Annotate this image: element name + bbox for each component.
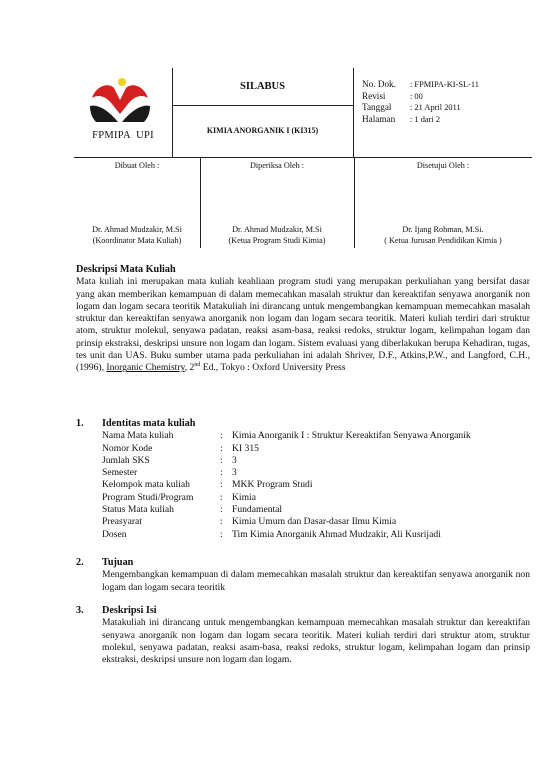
identity-colon: : xyxy=(220,479,232,491)
signature-position: (Koordinator Mata Kuliah) xyxy=(74,235,200,246)
meta-doc-number: No. Dok. : FPMIPA-KI-SL-11 xyxy=(362,79,532,91)
reference-book-title: Inorganic Chemistry xyxy=(106,362,184,373)
meta-key: Halaman xyxy=(362,114,410,126)
meta-value: : 00 xyxy=(410,91,423,103)
identity-value: Kimia xyxy=(232,492,256,504)
section-1-heading: Identitas mata kuliah xyxy=(102,418,532,430)
section-2-text: Mengembangkan kemampuan di dalam memecah… xyxy=(102,569,530,594)
course-title: KIMIA ANORGANIK I (KI315) xyxy=(172,126,353,135)
section-1-number: 1. xyxy=(76,418,84,429)
identity-table: Nama Mata kuliah : Kimia Anorganik I : S… xyxy=(102,430,532,541)
document-title: SILABUS xyxy=(172,81,353,92)
identity-value: MKK Program Studi xyxy=(232,479,312,491)
identity-key: Kelompok mata kuliah xyxy=(102,479,220,491)
header-divider-right xyxy=(353,68,354,157)
identity-value: Kimia Anorganik I : Struktur Kereaktifan… xyxy=(232,430,471,442)
identity-key: Program Studi/Program xyxy=(102,492,220,504)
identity-value: Fundamental xyxy=(232,504,282,516)
section-2-number: 2. xyxy=(76,557,84,568)
identity-row-program: Program Studi/Program : Kimia xyxy=(102,492,532,504)
signature-name: Dr. Ijang Rohman, M.Si. xyxy=(354,224,532,235)
section-3-number: 3. xyxy=(76,605,84,616)
header-bottom-rule xyxy=(74,157,532,158)
signature-name: Dr. Ahmad Mudzakir, M.Si xyxy=(74,224,200,235)
institution-name: FPMIPA UPI xyxy=(78,130,168,141)
signature-role: Disetujui Oleh : xyxy=(354,160,532,171)
identity-row-status: Status Mata kuliah : Fundamental xyxy=(102,504,532,516)
description-text: Mata kuliah ini merupakan mata kuliah ke… xyxy=(76,276,530,374)
document-meta: No. Dok. : FPMIPA-KI-SL-11 Revisi : 00 T… xyxy=(362,79,532,125)
identity-value: 3 xyxy=(232,467,237,479)
identity-row-credits: Jumlah SKS : 3 xyxy=(102,455,532,467)
signature-name: Dr. Ahmad Mudzakir, M.Si xyxy=(200,224,354,235)
identity-key: Semester xyxy=(102,467,220,479)
identity-key: Preasyarat xyxy=(102,516,220,528)
identity-colon: : xyxy=(220,430,232,442)
identity-colon: : xyxy=(220,455,232,467)
signature-role: Diperiksa Oleh : xyxy=(200,160,354,171)
meta-key: Revisi xyxy=(362,91,410,103)
section-identity: Identitas mata kuliah Nama Mata kuliah :… xyxy=(102,418,532,541)
identity-colon: : xyxy=(220,516,232,528)
identity-key: Nama Mata kuliah xyxy=(102,430,220,442)
identity-colon: : xyxy=(220,443,232,455)
identity-colon: : xyxy=(220,467,232,479)
identity-value: Kimia Umum dan Dasar-dasar Ilmu Kimia xyxy=(232,516,396,528)
signature-approved-by: Disetujui Oleh : Dr. Ijang Rohman, M.Si.… xyxy=(354,160,532,248)
identity-row-semester: Semester : 3 xyxy=(102,467,532,479)
identity-colon: : xyxy=(220,504,232,516)
upi-logo xyxy=(88,76,152,126)
signature-position: ( Ketua Jurusan Pendidikan Kimia ) xyxy=(354,235,532,246)
upi-logo-icon xyxy=(88,76,152,126)
signature-created-by: Dibuat Oleh : Dr. Ahmad Mudzakir, M.Si (… xyxy=(74,160,200,248)
identity-row-group: Kelompok mata kuliah : MKK Program Studi xyxy=(102,479,532,491)
meta-value: : 21 April 2011 xyxy=(410,102,461,114)
description-heading: Deskripsi Mata Kuliah xyxy=(76,264,530,276)
section-objective: Tujuan Mengembangkan kemampuan di dalam … xyxy=(102,557,530,594)
identity-key: Status Mata kuliah xyxy=(102,504,220,516)
meta-date: Tanggal : 21 April 2011 xyxy=(362,102,532,114)
section-content-description: Deskripsi Isi Matakuliah ini dirancang u… xyxy=(102,605,530,666)
description-body: Mata kuliah ini merupakan mata kuliah ke… xyxy=(76,276,530,361)
reference-edition: , 2 xyxy=(185,362,195,373)
identity-row-name: Nama Mata kuliah : Kimia Anorganik I : S… xyxy=(102,430,532,442)
signature-role: Dibuat Oleh : xyxy=(74,160,200,171)
meta-key: Tanggal xyxy=(362,102,410,114)
identity-row-code: Nomor Kode : KI 315 xyxy=(102,443,532,455)
signature-position: (Ketua Program Studi Kimia) xyxy=(200,235,354,246)
meta-value: : FPMIPA-KI-SL-11 xyxy=(410,79,479,91)
identity-row-prerequisite: Preasyarat : Kimia Umum dan Dasar-dasar … xyxy=(102,516,532,528)
identity-colon: : xyxy=(220,492,232,504)
course-description: Deskripsi Mata Kuliah Mata kuliah ini me… xyxy=(76,264,530,375)
identity-colon: : xyxy=(220,529,232,541)
section-3-heading: Deskripsi Isi xyxy=(102,605,530,617)
title-divider xyxy=(172,105,353,106)
section-3-text: Matakuliah ini dirancang untuk mengemban… xyxy=(102,617,530,666)
identity-value: Tim Kimia Anorganik Ahmad Mudzakir, Ali … xyxy=(232,529,441,541)
signature-checked-by: Diperiksa Oleh : Dr. Ahmad Mudzakir, M.S… xyxy=(200,160,354,248)
identity-key: Dosen xyxy=(102,529,220,541)
meta-value: : 1 dari 2 xyxy=(410,114,440,126)
identity-value: 3 xyxy=(232,455,237,467)
meta-key: No. Dok. xyxy=(362,79,410,91)
identity-key: Jumlah SKS xyxy=(102,455,220,467)
meta-page: Halaman : 1 dari 2 xyxy=(362,114,532,126)
reference-publisher: Ed., Tokyo : Oxford University Press xyxy=(200,362,345,373)
identity-key: Nomor Kode xyxy=(102,443,220,455)
identity-value: KI 315 xyxy=(232,443,259,455)
identity-row-lecturer: Dosen : Tim Kimia Anorganik Ahmad Mudzak… xyxy=(102,529,532,541)
meta-revision: Revisi : 00 xyxy=(362,91,532,103)
section-2-heading: Tujuan xyxy=(102,557,530,569)
